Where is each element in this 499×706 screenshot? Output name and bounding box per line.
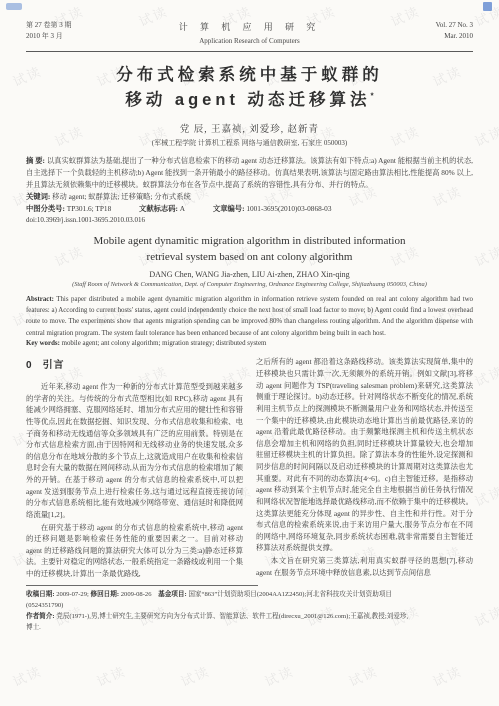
watermark-stamp: 试读 [0, 481, 3, 511]
journal-name-cn: 计 算 机 应 用 研 究 [116, 20, 383, 34]
watermark-stamp: 试读 [471, 241, 499, 271]
affiliation-cn: (军械工程学院 计算机工程系 网络与通信教研室, 石家庄 050003) [26, 138, 473, 148]
keywords-cn-text: 移动 agent; 蚁群算法; 迁移策略; 分布式系统 [52, 192, 191, 201]
article-no-value: 1001-3695(2010)03-0868-03 [246, 204, 331, 213]
body-paragraph: 在研究基于移动 agent 的分布式信息的检索系统中,移动 agent 的迁移问… [26, 522, 243, 580]
section-number: 0 [26, 360, 33, 371]
paper-title-en: Mobile agent dynamitic migration algorit… [26, 233, 473, 266]
issue-volume-en: Vol. 27 No. 3 [383, 20, 473, 31]
watermark-stamp: 试读 [429, 661, 464, 691]
paper-page: 试读试读试读试读试读试读试读试读试读试读试读试读试读试读试读试读试读试读试读试读… [0, 0, 499, 706]
journal-name-block: 计 算 机 应 用 研 究 Application Research of Co… [116, 20, 383, 48]
doc-code-value: A [180, 204, 185, 213]
clc-value: TP301.6; TP18 [67, 204, 111, 213]
scan-artifact-top-left [6, 3, 22, 10]
authors-en: DANG Chen, WANG Jia-zhen, LIU Ai-zhen, Z… [26, 270, 473, 279]
keywords-en: Key words: mobile agent; ant colony algo… [26, 340, 473, 347]
authors-cn: 党 辰, 王嘉祯, 刘爱珍, 赵新青 [26, 121, 473, 135]
abstract-en: Abstract: This paper distributed a mobil… [26, 294, 473, 340]
body-paragraph: 本文旨在研究第三类算法,利用真实蚁群寻径的思想[7],移动 agent 在服务节… [256, 555, 473, 578]
classification-line: 中图分类号: TP301.6; TP18 文献标志码: A 文章编号: 1001… [26, 204, 473, 214]
keywords-cn-label: 关键词: [26, 192, 50, 201]
abstract-en-label: Abstract: [26, 296, 54, 303]
section-title: 引言 [43, 360, 65, 371]
issue-info-cn: 第 27 卷第 3 期 2010 年 3 月 [26, 20, 116, 42]
watermark-stamp: 试读 [0, 121, 3, 151]
article-no-label: 文章编号: [213, 204, 245, 213]
paper-title-cn: 分布式检索系统中基于蚁群的 移动 agent 动态迁移算法* [26, 63, 473, 114]
paper-title-cn-line1: 分布式检索系统中基于蚁群的 [26, 63, 473, 89]
author-bio-text: 党辰(1971-),男,博士研究生,主要研究方向为分布式计算、智能算法、软件工程… [56, 613, 408, 620]
watermark-stamp: 试读 [0, 1, 3, 31]
watermark-stamp: 试读 [9, 661, 44, 691]
watermark-stamp: 试读 [0, 241, 3, 271]
issue-date-en: Mar. 2010 [383, 31, 473, 42]
body-column-right: 之后所有的 agent 都沿着这条路线移动。该类算法实现简单,集中的迁移模块也只… [256, 356, 473, 579]
fund-text: 国家“863”计划资助项目(2004AA1Z2450);河北省科技攻关计划资助项… [188, 591, 392, 598]
watermark-stamp: 试读 [345, 661, 380, 691]
paper-title-en-line1: Mobile agent dynamitic migration algorit… [26, 233, 473, 250]
footnote-divider [26, 585, 258, 586]
paper-title-en-line2: retrieval system based on ant colony alg… [26, 249, 473, 266]
body-paragraph: 之后所有的 agent 都沿着这条路线移动。该类算法实现简单,集中的迁移模块也只… [256, 356, 473, 554]
doc-code-label: 文献标志码: [139, 204, 178, 213]
paper-title-cn-line2: 移动 agent 动态迁移算法* [26, 88, 473, 114]
issue-date-cn: 2010 年 3 月 [26, 31, 116, 42]
revised-date-label: 修回日期: [91, 591, 120, 598]
keywords-cn: 关键词: 移动 agent; 蚁群算法; 迁移策略; 分布式系统 [26, 192, 473, 202]
footnote: 收稿日期: 2009-07-29; 修回日期: 2009-08-26 基金项目:… [26, 585, 473, 634]
received-date-label: 收稿日期: [26, 591, 55, 598]
body-column-left: 0引言 近年来,移动 agent 作为一种新的分布式计算范型受到越来越多的学者的… [26, 356, 243, 579]
issue-volume-cn: 第 27 卷第 3 期 [26, 20, 116, 31]
watermark-stamp: 试读 [471, 121, 499, 151]
issue-info-en: Vol. 27 No. 3 Mar. 2010 [383, 20, 473, 42]
received-date: 2009-07-29; [56, 591, 89, 598]
revised-date: 2009-08-26 [121, 591, 152, 598]
author-bio-label: 作者简介: [26, 613, 55, 620]
footnote-bio-line: 作者简介: 党辰(1971-),男,博士研究生,主要研究方向为分布式计算、智能算… [26, 611, 473, 622]
footnote-bio-continuation: 博士. [26, 622, 473, 633]
keywords-en-text: mobile agent; ant colony algorithm; migr… [62, 340, 267, 347]
title-footnote-asterisk: * [371, 92, 374, 101]
watermark-stamp: 试读 [0, 361, 3, 391]
watermark-stamp: 试读 [471, 601, 499, 631]
footnote-fund-continuation: (0524351790) [26, 600, 473, 611]
watermark-stamp: 试读 [261, 661, 296, 691]
header-divider [26, 51, 473, 52]
doi-line: doi:10.3969/j.issn.1001-3695.2010.03.016 [26, 216, 473, 224]
section-heading: 0引言 [26, 358, 243, 374]
abstract-cn: 摘 要: 以真实蚁群算法为基础,提出了一种分布式信息检索下的移动 agent 动… [26, 155, 473, 191]
body-paragraph: 近年来,移动 agent 作为一种新的分布式计算范型受到越来越多的学者的关注。与… [26, 381, 243, 521]
affiliation-en: (Staff Room of Network & Communication, … [26, 281, 473, 288]
journal-name-en: Application Research of Computers [116, 36, 383, 47]
abstract-en-text: This paper distributed a mobile agent dy… [26, 296, 473, 337]
keywords-en-label: Key words: [26, 340, 60, 347]
body-columns: 0引言 近年来,移动 agent 作为一种新的分布式计算范型受到越来越多的学者的… [26, 356, 473, 579]
abstract-cn-label: 摘 要: [26, 156, 45, 165]
watermark-stamp: 试读 [471, 361, 499, 391]
watermark-stamp: 试读 [177, 661, 212, 691]
watermark-stamp: 试读 [93, 661, 128, 691]
footnote-dates-fund-line: 收稿日期: 2009-07-29; 修回日期: 2009-08-26 基金项目:… [26, 589, 473, 600]
watermark-stamp: 试读 [471, 481, 499, 511]
clc-label: 中图分类号: [26, 204, 65, 213]
watermark-stamp: 试读 [0, 601, 3, 631]
abstract-cn-text: 以真实蚁群算法为基础,提出了一种分布式信息检索下的移动 agent 动态迁移算法… [26, 156, 473, 189]
journal-header: 第 27 卷第 3 期 2010 年 3 月 计 算 机 应 用 研 究 App… [26, 20, 473, 48]
fund-label: 基金项目: [158, 591, 187, 598]
scan-artifact-top-right [483, 2, 492, 11]
